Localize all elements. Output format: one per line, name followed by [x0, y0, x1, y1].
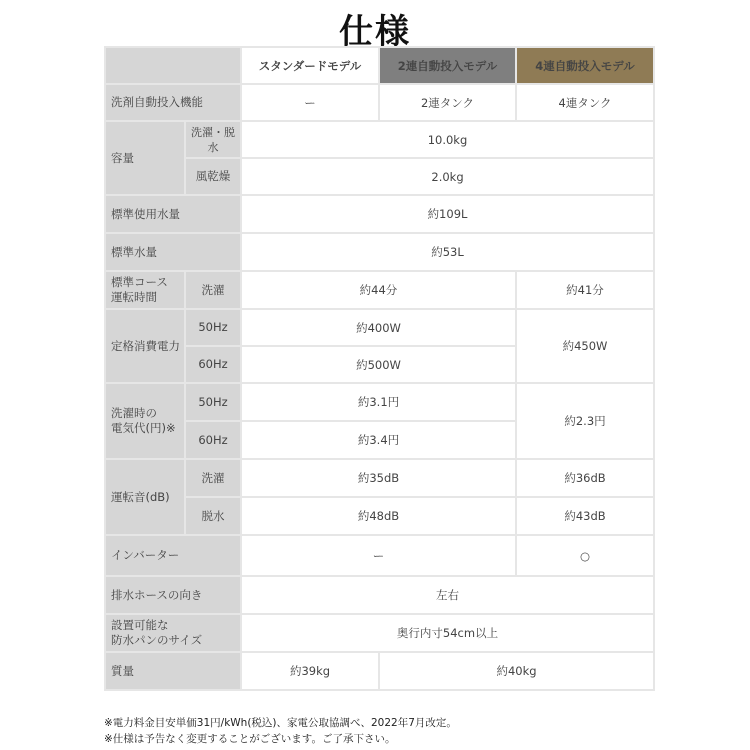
cell: 2.0kg — [241, 158, 654, 195]
row-sublabel: 洗濯 — [185, 459, 241, 497]
table-row: 質量 約39kg 約40kg — [105, 652, 654, 690]
cell: 約400W — [241, 309, 516, 346]
row-label-line: 洗濯時の — [111, 406, 184, 421]
cell: 約450W — [516, 309, 654, 383]
cell: 約500W — [241, 346, 516, 383]
cell: 左右 — [241, 576, 654, 614]
cell: 約109L — [241, 195, 654, 233]
row-sublabel: 洗濯・脱水 — [185, 121, 241, 158]
cell: ー — [241, 84, 379, 121]
cell: 約3.1円 — [241, 383, 516, 421]
row-sublabel: 50Hz — [185, 383, 241, 421]
row-label-line: 電気代(円)※ — [111, 421, 184, 436]
cell: 約43dB — [516, 497, 654, 535]
table-row: 風乾燥 2.0kg — [105, 158, 654, 195]
cell: 約39kg — [241, 652, 379, 690]
cell: 約2.3円 — [516, 383, 654, 459]
cell: 約3.4円 — [241, 421, 516, 459]
cell: ー — [241, 535, 516, 576]
table-row: 標準水量 約53L — [105, 233, 654, 271]
cell: 4連タンク — [516, 84, 654, 121]
cell: 約53L — [241, 233, 654, 271]
row-label: 排水ホースの向き — [105, 576, 241, 614]
cell: 約44分 — [241, 271, 516, 309]
header-two-tank-model: 2連自動投入モデル — [379, 47, 516, 84]
footnote: ※電力料金目安単価31円/kWh(税込)、家電公取協調べ、2022年7月改定。 — [104, 715, 457, 730]
row-sublabel: 風乾燥 — [185, 158, 241, 195]
table-row: 標準使用水量 約109L — [105, 195, 654, 233]
header-blank — [105, 47, 241, 84]
row-label: 洗濯時の 電気代(円)※ — [105, 383, 185, 459]
row-label: 運転音(dB) — [105, 459, 185, 535]
row-label-line: 設置可能な — [111, 618, 240, 633]
footnote: ※仕様は予告なく変更することがございます。ご了承下さい。 — [104, 731, 395, 746]
row-label: 設置可能な 防水パンのサイズ — [105, 614, 241, 652]
table-row: 脱水 約48dB 約43dB — [105, 497, 654, 535]
table-header-row: スタンダードモデル 2連自動投入モデル 4連自動投入モデル — [105, 47, 654, 84]
table-row: 排水ホースの向き 左右 — [105, 576, 654, 614]
header-standard-model: スタンダードモデル — [241, 47, 379, 84]
row-label: インバーター — [105, 535, 241, 576]
table-row: 洗濯時の 電気代(円)※ 50Hz 約3.1円 約2.3円 — [105, 383, 654, 421]
cell: 約35dB — [241, 459, 516, 497]
row-label-line: 標準コース — [111, 275, 184, 290]
row-sublabel: 60Hz — [185, 346, 241, 383]
row-label-line: 運転時間 — [111, 290, 184, 305]
table-row: 定格消費電力 50Hz 約400W 約450W — [105, 309, 654, 346]
table-row: 設置可能な 防水パンのサイズ 奥行内寸54cm以上 — [105, 614, 654, 652]
table-row: 洗剤自動投入機能 ー 2連タンク 4連タンク — [105, 84, 654, 121]
header-four-tank-model: 4連自動投入モデル — [516, 47, 654, 84]
row-label: 標準水量 — [105, 233, 241, 271]
row-label: 標準使用水量 — [105, 195, 241, 233]
cell: 約40kg — [379, 652, 654, 690]
row-label: 質量 — [105, 652, 241, 690]
cell: 約41分 — [516, 271, 654, 309]
cell: 2連タンク — [379, 84, 516, 121]
table-row: 容量 洗濯・脱水 10.0kg — [105, 121, 654, 158]
table-row: インバーター ー ○ — [105, 535, 654, 576]
row-label: 容量 — [105, 121, 185, 195]
row-sublabel: 60Hz — [185, 421, 241, 459]
cell: ○ — [516, 535, 654, 576]
row-label: 標準コース 運転時間 — [105, 271, 185, 309]
row-sublabel: 洗濯 — [185, 271, 241, 309]
row-label: 洗剤自動投入機能 — [105, 84, 241, 121]
row-label-line: 防水パンのサイズ — [111, 633, 240, 648]
row-sublabel: 脱水 — [185, 497, 241, 535]
cell: 奥行内寸54cm以上 — [241, 614, 654, 652]
row-sublabel: 50Hz — [185, 309, 241, 346]
table-row: 運転音(dB) 洗濯 約35dB 約36dB — [105, 459, 654, 497]
row-label: 定格消費電力 — [105, 309, 185, 383]
cell: 10.0kg — [241, 121, 654, 158]
table-row: 標準コース 運転時間 洗濯 約44分 約41分 — [105, 271, 654, 309]
spec-table: スタンダードモデル 2連自動投入モデル 4連自動投入モデル 洗剤自動投入機能 ー… — [104, 46, 655, 691]
cell: 約48dB — [241, 497, 516, 535]
cell: 約36dB — [516, 459, 654, 497]
